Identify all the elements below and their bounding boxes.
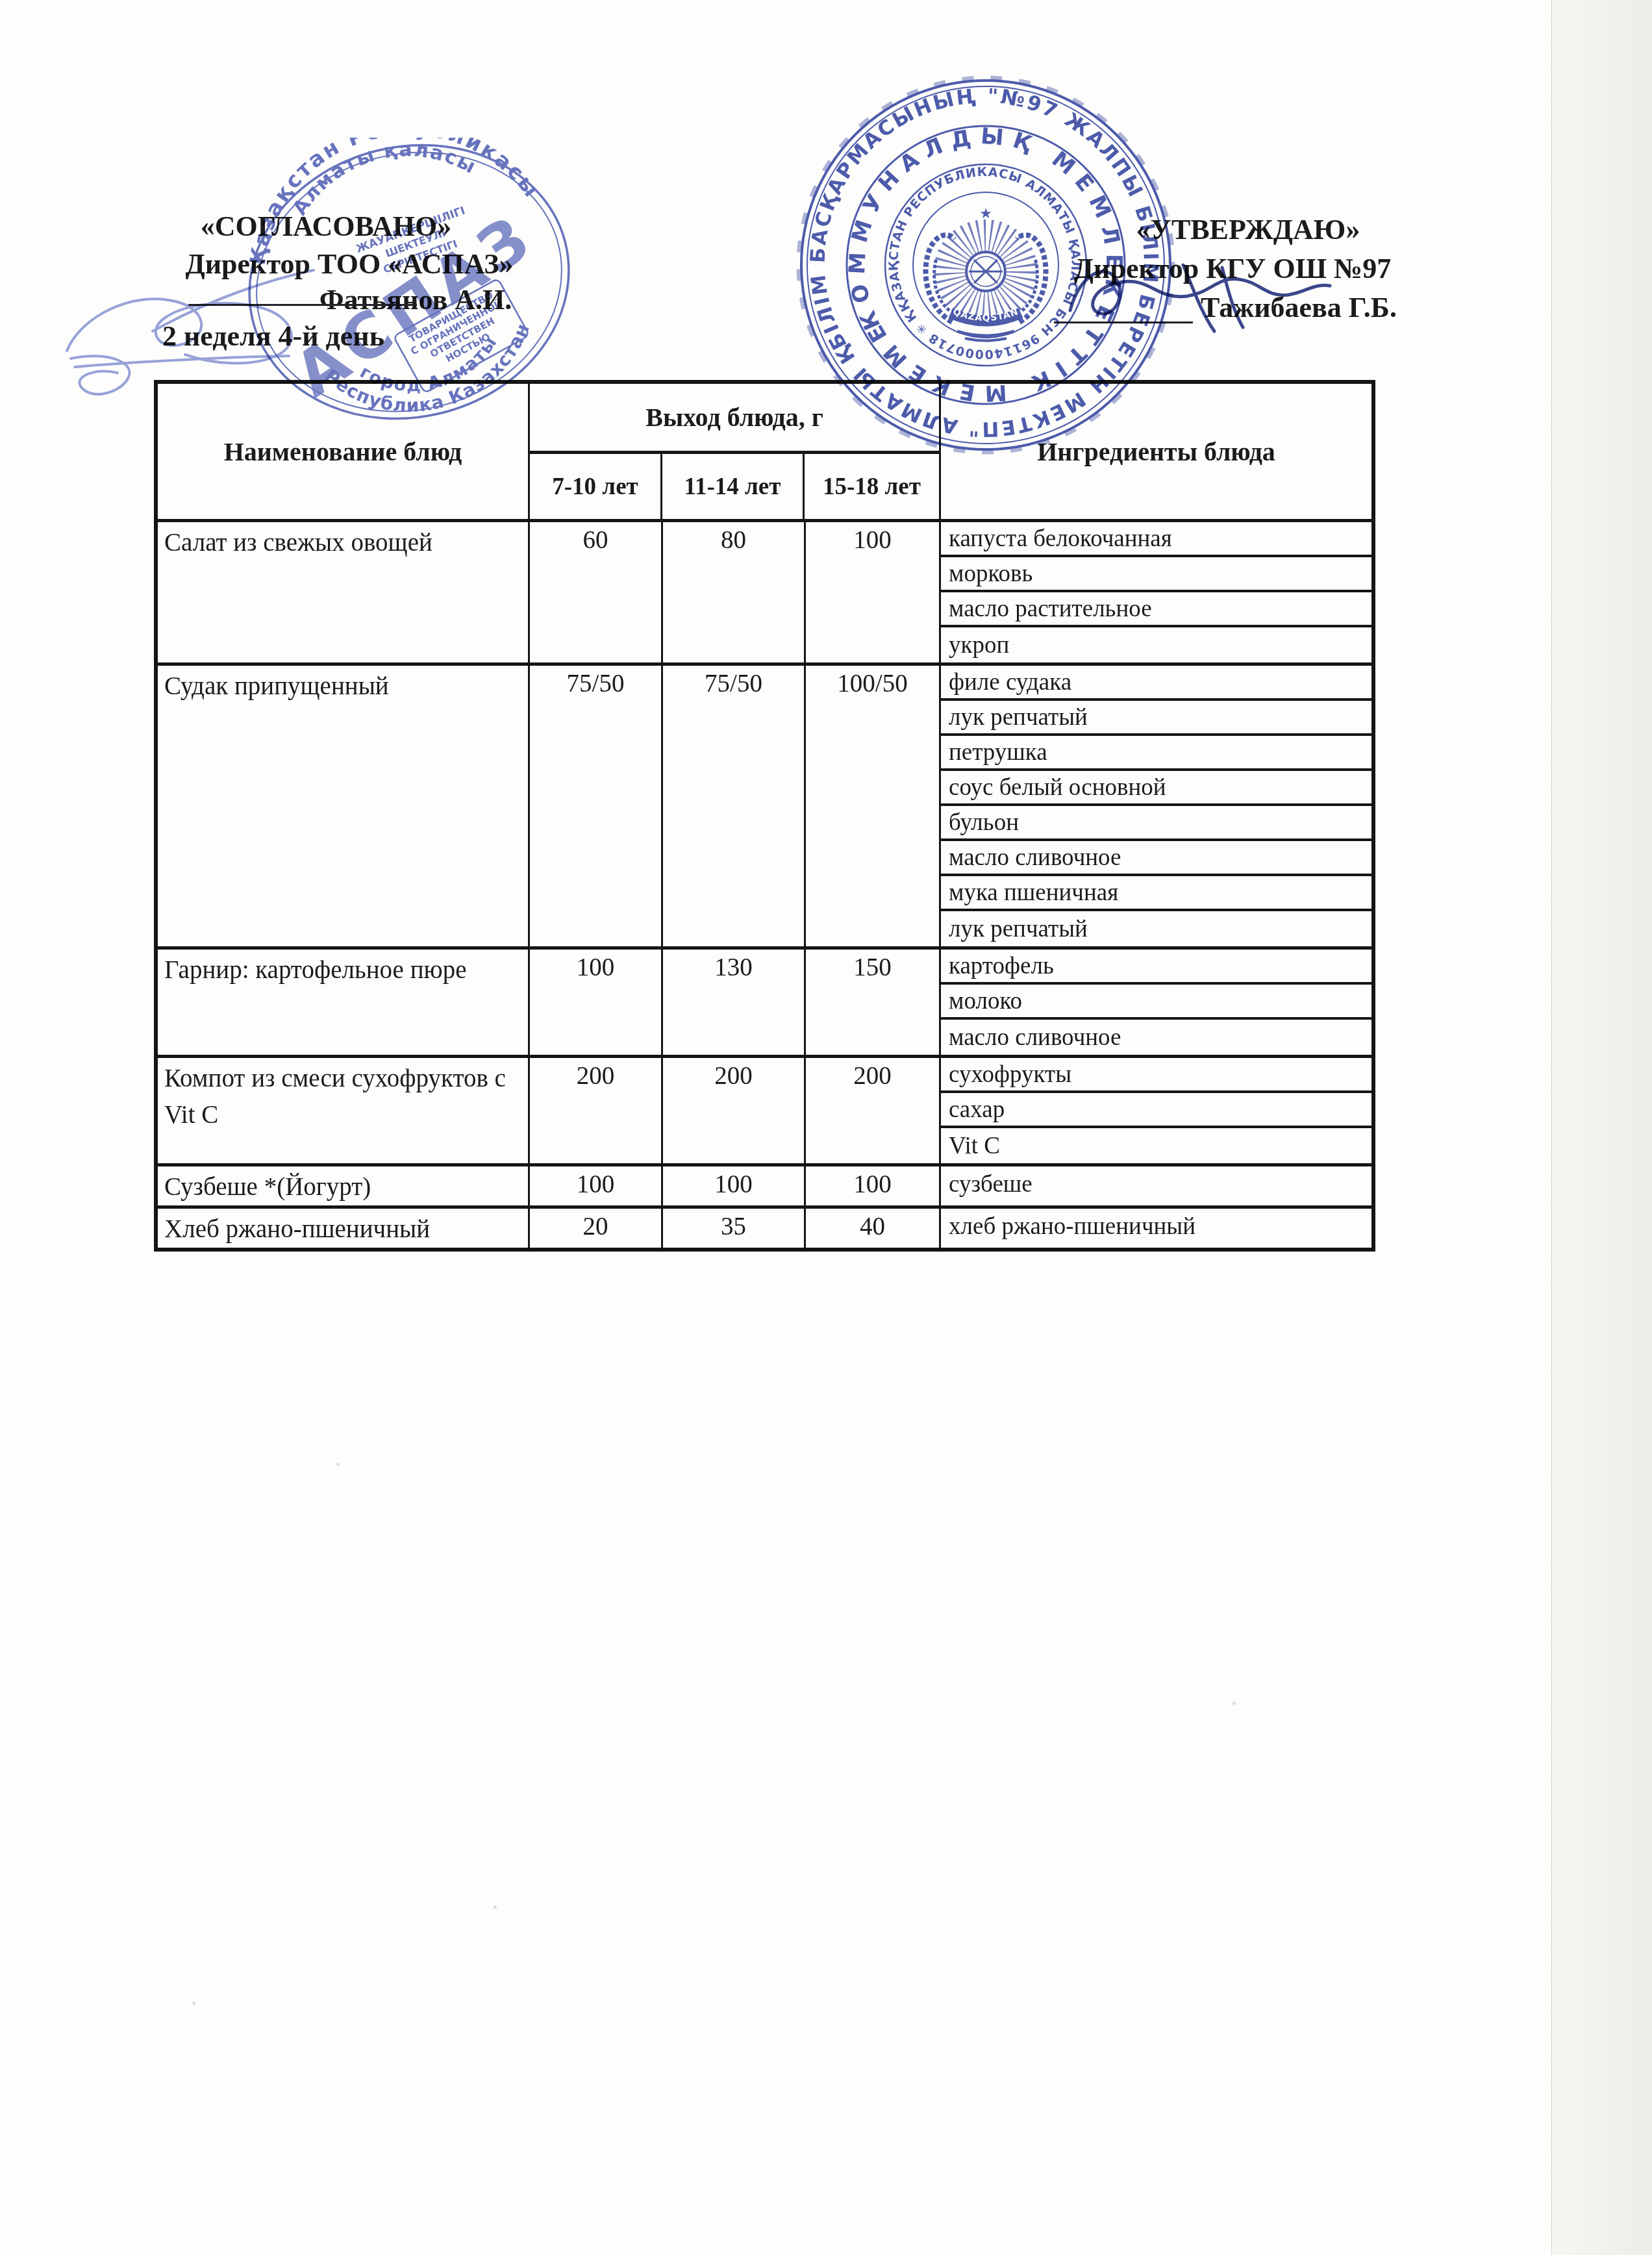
portion-15-18-cell: 150 — [806, 950, 941, 1055]
ingredient-cell: мука пшеничная — [941, 876, 1371, 911]
ingredient-cell: соус белый основной — [941, 771, 1371, 806]
ingredient-cell: капуста белокочанная — [941, 522, 1371, 557]
ingredient-cell: лук репчатый — [941, 701, 1371, 736]
portion-15-18-cell: 200 — [806, 1058, 941, 1163]
table-row: Гарнир: картофельное пюре 100 130 150 ка… — [158, 946, 1371, 1055]
table-row: Хлеб ржано-пшеничный 20 35 40 хлеб ржано… — [158, 1205, 1371, 1248]
ingredient-cell: лук репчатый — [941, 911, 1371, 946]
dish-name-cell: Компот из смеси сухофруктов с Vit C — [158, 1058, 530, 1163]
scan-speck — [336, 1463, 340, 1466]
ingredients-cell: филе судакалук репчатыйпетрушкасоус белы… — [941, 666, 1371, 946]
menu-table: Наименование блюд Выход блюда, г 7-10 ле… — [154, 380, 1375, 1252]
ingredients-cell: капуста белокочаннаяморковьмасло растите… — [941, 522, 1371, 662]
signature-left — [55, 253, 334, 429]
dish-name-cell: Сузбеше *(Йогурт) — [158, 1166, 530, 1205]
ingredient-cell: масло сливочное — [941, 1020, 1371, 1055]
emblem-star: ★ — [979, 206, 992, 222]
table-row: Компот из смеси сухофруктов с Vit C 200 … — [158, 1055, 1371, 1163]
ingredient-cell: сузбеше — [941, 1166, 1371, 1202]
kazakhstan-emblem: ★ QAZAQSTAN — [926, 206, 1046, 340]
table-body: Салат из свежых овощей 60 80 100 капуста… — [158, 519, 1371, 1248]
ingredient-cell: сахар — [941, 1093, 1371, 1128]
portion-11-14-cell: 75/50 — [663, 666, 806, 946]
ingredient-cell: укроп — [941, 627, 1371, 662]
portion-7-10-cell: 75/50 — [530, 666, 663, 946]
ingredient-cell: филе судака — [941, 666, 1371, 701]
portion-7-10-cell: 200 — [530, 1058, 663, 1163]
emblem-base-arc — [957, 331, 1014, 336]
header-age-7-10: 7-10 лет — [530, 454, 662, 519]
portion-11-14-cell: 200 — [663, 1058, 806, 1163]
table-row: Салат из свежых овощей 60 80 100 капуста… — [158, 519, 1371, 662]
ingredients-cell: хлеб ржано-пшеничный — [941, 1209, 1371, 1248]
signature-right — [1060, 255, 1371, 346]
portion-11-14-cell: 35 — [663, 1209, 806, 1248]
portion-15-18-cell: 100/50 — [806, 666, 941, 946]
scan-page-edge — [1551, 0, 1652, 2255]
portion-7-10-cell: 20 — [530, 1209, 663, 1248]
dish-name-cell: Хлеб ржано-пшеничный — [158, 1209, 530, 1248]
ingredients-cell: картофельмолокомасло сливочное — [941, 950, 1371, 1055]
ingredient-cell: морковь — [941, 557, 1371, 592]
dish-name-cell: Судак припущенный — [158, 666, 530, 946]
scan-speck — [494, 1906, 497, 1909]
portion-11-14-cell: 100 — [663, 1166, 806, 1205]
portion-7-10-cell: 60 — [530, 522, 663, 662]
ingredients-cell: сузбеше — [941, 1166, 1371, 1205]
scan-speck — [1233, 1702, 1236, 1705]
ingredient-cell: картофель — [941, 950, 1371, 985]
ingredient-cell: масло сливочное — [941, 841, 1371, 876]
scan-speck — [192, 2002, 195, 2005]
ingredient-cell: Vit C — [941, 1128, 1371, 1163]
table-row: Судак припущенный 75/50 75/50 100/50 фил… — [158, 662, 1371, 946]
header-age-11-14: 11-14 лет — [662, 454, 805, 519]
ingredient-cell: бульон — [941, 806, 1371, 841]
table-row: Сузбеше *(Йогурт) 100 100 100 сузбеше — [158, 1163, 1371, 1205]
portion-15-18-cell: 100 — [806, 1166, 941, 1205]
ingredient-cell: масло растительное — [941, 592, 1371, 627]
ingredient-cell: сухофрукты — [941, 1058, 1371, 1093]
portion-11-14-cell: 80 — [663, 522, 806, 662]
dish-name-cell: Гарнир: картофельное пюре — [158, 950, 530, 1055]
ingredient-cell: молоко — [941, 985, 1371, 1020]
portion-7-10-cell: 100 — [530, 1166, 663, 1205]
dish-name-cell: Салат из свежых овощей — [158, 522, 530, 662]
portion-15-18-cell: 40 — [806, 1209, 941, 1248]
ingredients-cell: сухофруктысахарVit C — [941, 1058, 1371, 1163]
portion-15-18-cell: 100 — [806, 522, 941, 662]
scanned-document-page: «СОГЛАСОВАНО» Директор ТОО «АСПАЗ» Фатья… — [0, 0, 1652, 2255]
ingredient-cell: петрушка — [941, 736, 1371, 771]
portion-11-14-cell: 130 — [663, 950, 806, 1055]
ingredient-cell: хлеб ржано-пшеничный — [941, 1209, 1371, 1244]
portion-7-10-cell: 100 — [530, 950, 663, 1055]
